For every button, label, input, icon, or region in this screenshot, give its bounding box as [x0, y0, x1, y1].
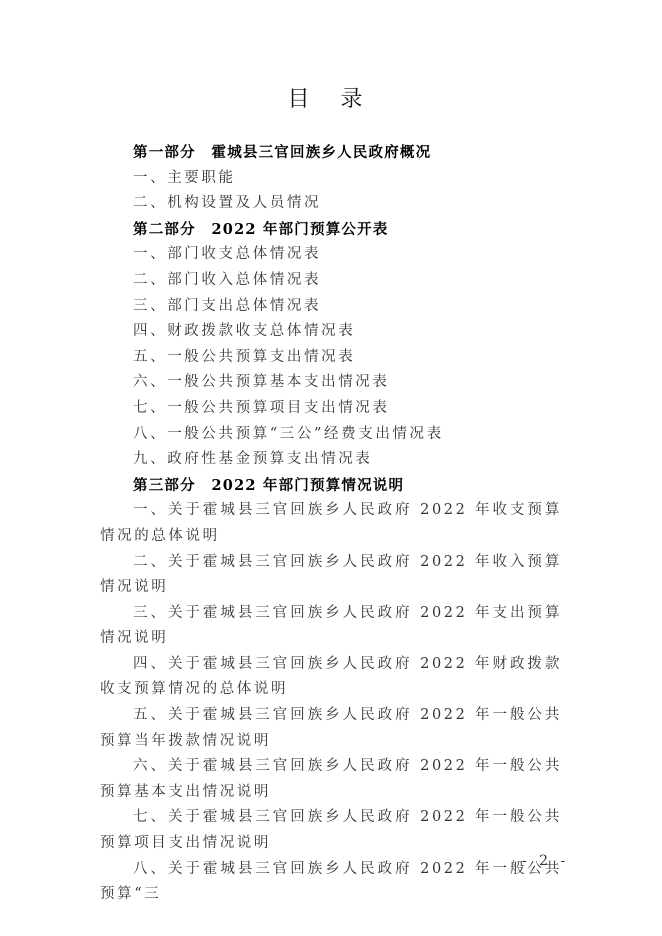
toc-part-2-heading[interactable]: 第二部分 2022 年部门预算公开表	[100, 217, 562, 243]
toc-entry[interactable]: 六、一般公共预算基本支出情况表	[100, 370, 562, 396]
toc-entry[interactable]: 一、主要职能	[100, 166, 562, 192]
toc-entry[interactable]: 五、一般公共预算支出情况表	[100, 345, 562, 371]
toc-part-1-heading[interactable]: 第一部分 霍城县三官回族乡人民政府概况	[100, 140, 562, 166]
toc-part-3-heading[interactable]: 第三部分 2022 年部门预算情况说明	[100, 473, 562, 499]
toc-entry[interactable]: 二、机构设置及人员情况	[100, 191, 562, 217]
toc-entry[interactable]: 一、部门收支总体情况表	[100, 242, 562, 268]
toc-entry[interactable]: 一、关于霍城县三官回族乡人民政府 2022 年收支预算情况的总体说明	[100, 498, 562, 549]
toc-entry[interactable]: 七、关于霍城县三官回族乡人民政府 2022 年一般公共预算项目支出情况说明	[100, 805, 562, 856]
toc-entry[interactable]: 四、关于霍城县三官回族乡人民政府 2022 年财政拨款收支预算情况的总体说明	[100, 652, 562, 703]
toc-entry[interactable]: 八、关于霍城县三官回族乡人民政府 2022 年一般公共预算“三	[100, 857, 562, 908]
toc-entry[interactable]: 六、关于霍城县三官回族乡人民政府 2022 年一般公共预算基本支出情况说明	[100, 754, 562, 805]
table-of-contents: 第一部分 霍城县三官回族乡人民政府概况 一、主要职能 二、机构设置及人员情况 第…	[100, 140, 562, 908]
toc-entry[interactable]: 二、关于霍城县三官回族乡人民政府 2022 年收入预算情况说明	[100, 550, 562, 601]
toc-title: 目 录	[0, 82, 662, 113]
toc-entry[interactable]: 二、部门收入总体情况表	[100, 268, 562, 294]
toc-entry[interactable]: 九、政府性基金预算支出情况表	[100, 447, 562, 473]
toc-entry[interactable]: 八、一般公共预算“三公”经费支出情况表	[100, 422, 562, 448]
page-number: - 2 -	[522, 853, 569, 869]
toc-entry[interactable]: 三、关于霍城县三官回族乡人民政府 2022 年支出预算情况说明	[100, 601, 562, 652]
toc-entry[interactable]: 五、关于霍城县三官回族乡人民政府 2022 年一般公共预算当年拨款情况说明	[100, 703, 562, 754]
toc-entry[interactable]: 七、一般公共预算项目支出情况表	[100, 396, 562, 422]
toc-entry[interactable]: 三、部门支出总体情况表	[100, 294, 562, 320]
toc-entry[interactable]: 四、财政拨款收支总体情况表	[100, 319, 562, 345]
